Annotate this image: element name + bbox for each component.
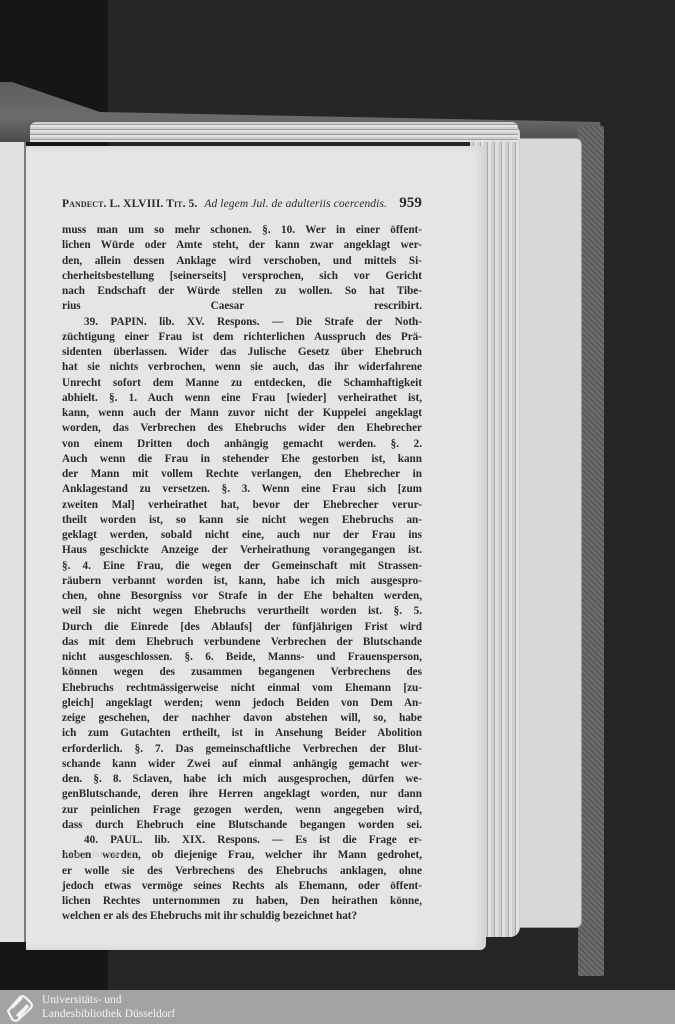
- text-line: der Mann mit vollem Rechte verlangen, de…: [62, 467, 422, 482]
- footer-bar: Universitäts- und Landesbibliothek Düsse…: [0, 990, 675, 1024]
- text-line: zur peinlichen Frage gezogen werden, wen…: [62, 803, 422, 818]
- text-line: lichen Rechtes unternommen zu haben, Den…: [62, 894, 422, 909]
- text-line: schande kann wider Zwei auf einmal anhän…: [62, 757, 422, 772]
- page-top-stack: [30, 122, 518, 142]
- text-line: den. §. 8. Sclaven, habe ich mich ausges…: [62, 772, 422, 787]
- text-line: er wolle sie des Verbrechens des Ehebruc…: [62, 864, 422, 879]
- text-line: Durch die Einrede [des Ablaufs] der fünf…: [62, 620, 422, 635]
- library-name-line1: Universitäts- und: [42, 993, 175, 1007]
- text-line: züchtigung einer Frau ist dem richterlic…: [62, 330, 422, 345]
- bleed-through-text: Corp. jur. civ. IV.: [66, 849, 136, 859]
- text-line: chen, ohne Besorgniss vor Strafe in der …: [62, 589, 422, 604]
- running-head: Pandect. L. XLVIII. Tit. 5. Ad legem Jul…: [62, 195, 422, 217]
- running-head-title: Ad legem Jul. de adulteriis coercendis.: [204, 198, 387, 210]
- text-line: 40. PAUL. lib. XIX. Respons. — Es ist di…: [62, 833, 422, 848]
- library-name-line2: Landesbibliothek Düsseldorf: [42, 1007, 175, 1021]
- text-line: Anklagestand zu versetzen. §. 3. Wenn ei…: [62, 482, 422, 497]
- text-line: welchen er als des Ehebruchs mit ihr sch…: [62, 909, 422, 924]
- text-line: zweiten Mal] verheirathet hat, bevor der…: [62, 498, 422, 513]
- text-line: geklagt werden, sobald nicht eine, auch …: [62, 528, 422, 543]
- text-line: räubern verbannt worden ist, kann, habe …: [62, 574, 422, 589]
- text-line: rius Caesar rescribirt.: [62, 299, 422, 314]
- text-line: nach Endschaft der Würde stellen zu woll…: [62, 284, 422, 299]
- text-line: jedoch etwas vermöge seines Rechts als E…: [62, 879, 422, 894]
- text-line: können wegen des zusammen begangenen Ver…: [62, 665, 422, 680]
- text-line: worden, das Verbrechen des Ehebruchs wid…: [62, 421, 422, 436]
- text-line: das mit dem Ehebruch verbundene Verbrech…: [62, 635, 422, 650]
- text-line: Ehebruchs rechtmässigerweise nicht einma…: [62, 681, 422, 696]
- running-head-section: Pandect. L. XLVIII. Tit. 5.: [62, 198, 197, 210]
- text-line: weil sie nicht wegen Ehebruchs verurthei…: [62, 604, 422, 619]
- left-page-sliver: [0, 142, 26, 942]
- text-line: §. 4. Eine Frau, die wegen der Gemeinsch…: [62, 559, 422, 574]
- text-line: genBlutschande, deren ihre Herren angekl…: [62, 787, 422, 802]
- text-line: ich zum Gutachten ertheilt, ist in Anseh…: [62, 726, 422, 741]
- body-text: muss man um so mehr schonen. §. 10. Wer …: [62, 223, 422, 925]
- text-line: cherheitsbestellung [seinerseits] verspr…: [62, 269, 422, 284]
- page-number: 959: [399, 195, 422, 212]
- text-line: Unrecht sofort dem Manne zu entdecken, d…: [62, 376, 422, 391]
- text-line: Haus geschickte Anzeige der Verheirathun…: [62, 543, 422, 558]
- text-line: dass durch Ehebruch eine Blutschande beg…: [62, 818, 422, 833]
- back-endpaper: [516, 138, 582, 928]
- text-line: den, allein dessen Anklage wird verschob…: [62, 254, 422, 269]
- text-line: kann, wenn auch der Mann zuvor nicht der…: [62, 406, 422, 421]
- page-text-block: Pandect. L. XLVIII. Tit. 5. Ad legem Jul…: [62, 195, 422, 925]
- text-line: sidenten überlassen. Wider das Julische …: [62, 345, 422, 360]
- text-line: von einem Dritten doch anhängig gemacht …: [62, 437, 422, 452]
- text-line: nicht ausgeschlossen. §. 6. Beide, Manns…: [62, 650, 422, 665]
- text-line: gleich] angeklagt werden; wenn jedoch Be…: [62, 696, 422, 711]
- text-line: abhielt. §. 1. Auch wenn eine Frau [wied…: [62, 391, 422, 406]
- text-line: zeige geschehen, der nachher davon abste…: [62, 711, 422, 726]
- running-head-left: Pandect. L. XLVIII. Tit. 5. Ad legem Jul…: [62, 198, 387, 210]
- text-line: erforderlich. §. 7. Das gemeinschaftlich…: [62, 742, 422, 757]
- text-line: hat sie nichts verbrochen, wenn sie auch…: [62, 360, 422, 375]
- text-line: muss man um so mehr schonen. §. 10. Wer …: [62, 223, 422, 238]
- text-line: 39. PAPIN. lib. XV. Respons. — Die Straf…: [62, 315, 422, 330]
- text-line: Auch wenn die Frau in stehender Ehe gest…: [62, 452, 422, 467]
- library-name: Universitäts- und Landesbibliothek Düsse…: [42, 993, 175, 1021]
- ulb-book-logo-icon: [2, 990, 36, 1024]
- text-line: lichen Würde oder Amte steht, der kann z…: [62, 238, 422, 253]
- text-line: theilt worden ist, so kann sie nicht weg…: [62, 513, 422, 528]
